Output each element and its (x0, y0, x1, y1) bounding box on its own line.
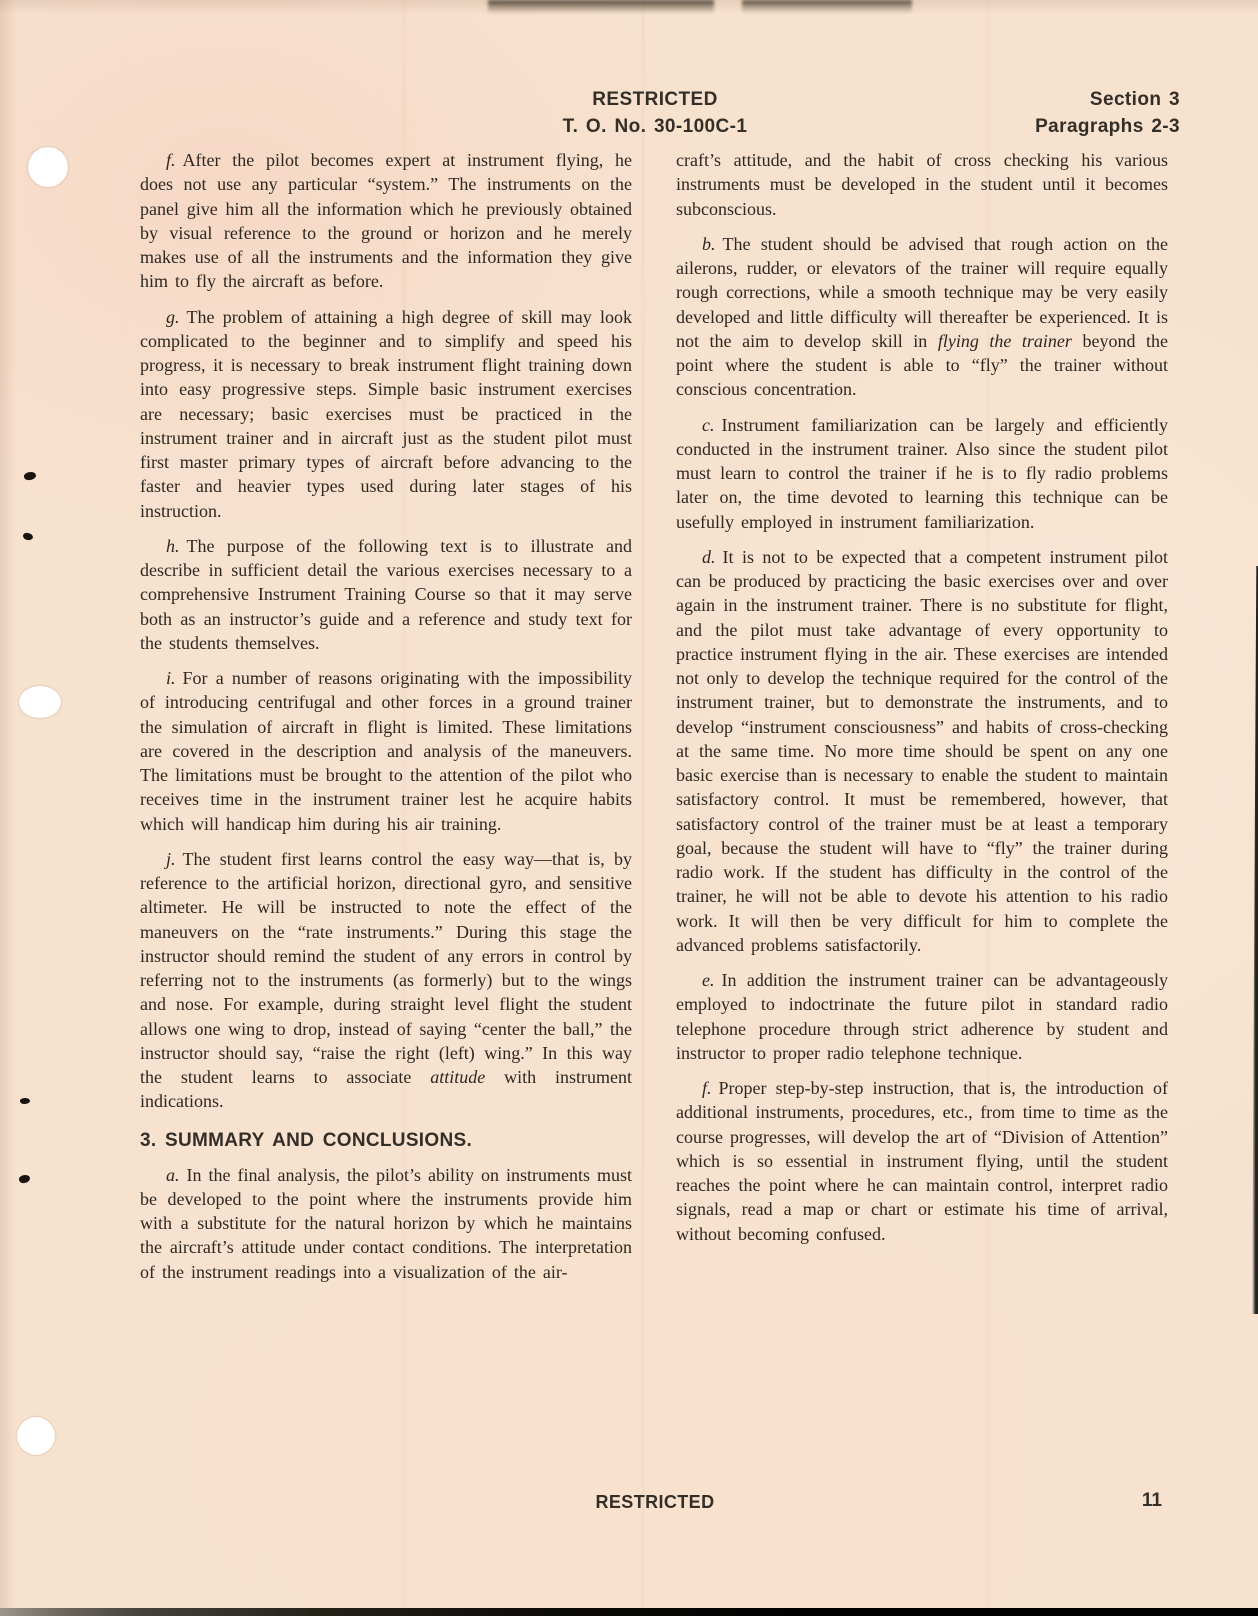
margin-ink-speck (20, 1097, 31, 1104)
section-label: Section 3 (1035, 86, 1180, 113)
paragraph-text: In the final analysis, the pilot’s abili… (140, 1165, 632, 1282)
paragraph-text: craft’s attitude, and the habit of cross… (676, 150, 1168, 219)
page-number: 11 (1142, 1490, 1162, 1512)
paragraph-letter: i. (166, 668, 176, 688)
punch-hole-top (28, 147, 68, 187)
paragraph-text: In addition the instrument trainer can b… (676, 970, 1168, 1063)
paragraph-j: j.The student first learns control the e… (140, 847, 632, 1114)
margin-ink-speck (18, 1173, 31, 1184)
paragraph-text: Proper step-by-step instruction, that is… (676, 1078, 1168, 1244)
classification-footer: RESTRICTED (495, 1492, 815, 1513)
paragraphs-label: Paragraphs 2-3 (1035, 113, 1180, 140)
paragraph-text: After the pilot becomes expert at instru… (140, 150, 632, 291)
paragraph-e: e.In addition the instrument trainer can… (676, 968, 1168, 1065)
paragraph-letter: j. (166, 849, 176, 869)
paragraph-i: i.For a number of reasons originating wi… (140, 666, 632, 836)
top-edge-smudge (742, 0, 912, 14)
document-page: RESTRICTED T. O. No. 30-100C-1 Section 3… (0, 0, 1258, 1616)
paragraph-letter: e. (702, 970, 715, 990)
paragraph-letter: g. (166, 307, 180, 327)
paragraph-f-right: f.Proper step-by-step instruction, that … (676, 1076, 1168, 1246)
paragraph-d: d.It is not to be expected that a compet… (676, 545, 1168, 957)
paragraph-continuation: craft’s attitude, and the habit of cross… (676, 148, 1168, 221)
paragraph-letter: b. (702, 234, 716, 254)
paragraph-text: The problem of attaining a high degree o… (140, 307, 632, 521)
paragraph-text: For a number of reasons originating with… (140, 668, 632, 834)
paragraph-text: The student first learns control the eas… (140, 849, 632, 1087)
punch-hole-bottom (17, 1417, 55, 1455)
paragraph-text: The purpose of the following text is to … (140, 536, 632, 653)
italic-term: flying the trainer (938, 331, 1072, 351)
italic-term: attitude (430, 1067, 485, 1087)
page-header-center: RESTRICTED T. O. No. 30-100C-1 (495, 86, 815, 140)
paragraph-c: c.Instrument familiarization can be larg… (676, 413, 1168, 534)
classification-header: RESTRICTED (495, 86, 815, 113)
paragraph-h: h.The purpose of the following text is t… (140, 534, 632, 655)
page-header-right: Section 3 Paragraphs 2-3 (1035, 86, 1180, 140)
paragraph-text: Instrument familiarization can be largel… (676, 415, 1168, 532)
technical-order-number: T. O. No. 30-100C-1 (495, 113, 815, 140)
margin-ink-speck (23, 532, 34, 540)
paragraph-text: It is not to be expected that a competen… (676, 547, 1168, 955)
text-columns: f.After the pilot becomes expert at inst… (140, 148, 1168, 1295)
paragraph-letter: d. (702, 547, 716, 567)
bottom-edge-strip (0, 1608, 1258, 1616)
right-column: craft’s attitude, and the habit of cross… (676, 148, 1168, 1295)
left-column: f.After the pilot becomes expert at inst… (140, 148, 632, 1295)
paragraph-letter: h. (166, 536, 180, 556)
paragraph-letter: f. (166, 150, 176, 170)
paragraph-b: b.The student should be advised that rou… (676, 232, 1168, 402)
paragraph-letter: a. (166, 1165, 180, 1185)
paragraph-a: a.In the final analysis, the pilot’s abi… (140, 1163, 632, 1284)
paragraph-f: f.After the pilot becomes expert at inst… (140, 148, 632, 294)
top-edge-smudge (488, 0, 714, 14)
paragraph-letter: f. (702, 1078, 712, 1098)
punch-hole-middle (19, 686, 61, 718)
margin-ink-speck (23, 471, 37, 482)
paragraph-letter: c. (702, 415, 715, 435)
right-edge-shadow (1252, 566, 1258, 1314)
paragraph-g: g.The problem of attaining a high degree… (140, 305, 632, 523)
section-heading: 3. SUMMARY AND CONCLUSIONS. (140, 1129, 632, 1153)
